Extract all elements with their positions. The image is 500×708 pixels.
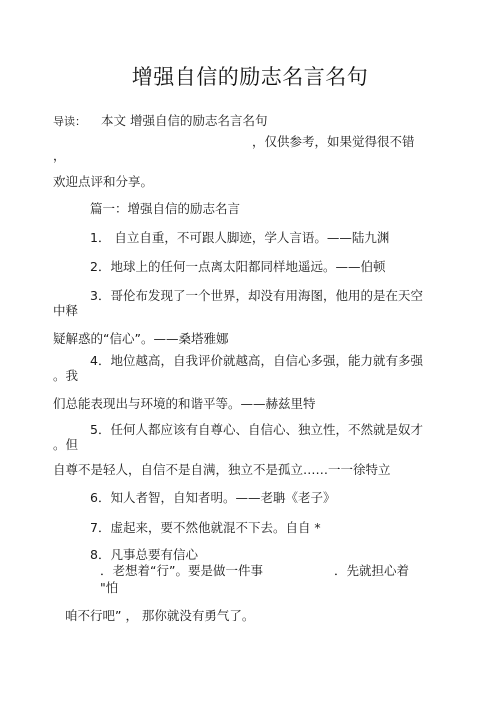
quote-8-line-4: 咱不行吧” ， 那你就没有勇气了。 — [65, 608, 254, 623]
quote-4-line-2: 。我 — [53, 368, 78, 383]
quote-5-line-1: 5．任何人都应该有自尊心、自信心、独立性，不然就是奴才 — [90, 422, 423, 437]
quote-4-line-3: 们总能表现出与环境的和谐平等。——赫兹里特 — [53, 396, 316, 411]
quote-3-line-3: 疑解惑的“信心”。——桑塔雅娜 — [53, 331, 228, 346]
quote-8-line-1: 8．凡事总要有信心 — [90, 547, 198, 562]
quote-3-line-2: 中释 — [53, 303, 78, 318]
intro-label: 导读： — [53, 114, 86, 129]
intro-line-3: ， — [53, 148, 66, 163]
quote-1: 1． 自立自重，不可跟人脚迹，学人言语。——陆九渊 — [90, 230, 389, 245]
document-title: 增强自信的励志名言名句 — [0, 64, 500, 90]
section-heading: 篇一：增强自信的励志名言 — [90, 201, 240, 216]
intro-line-2: ，仅供参考，如果觉得很不错 — [252, 134, 415, 149]
quote-8-line-2b: ．先就担心着 — [334, 563, 409, 578]
intro-line-1: 本文 增强自信的励志名言名句 — [101, 113, 267, 128]
quote-3-line-1: 3．哥伦布发现了一个世界，却没有用海图，他用的是在天空 — [90, 288, 423, 303]
quote-4-line-1: 4．地位越高，自我评价就越高，自信心多强，能力就有多强 — [90, 353, 423, 368]
quote-5-line-3: 自尊不是轻人，自信不是自满，独立不是孤立……一一徐特立 — [53, 462, 391, 477]
quote-7: 7．虚起来，要不然他就混不下去。自自 * — [90, 520, 321, 535]
quote-8-line-3: "怕 — [100, 580, 118, 595]
quote-5-line-2: 。但 — [53, 437, 78, 452]
quote-2: 2．地球上的任何一点离太阳都同样地遥远。——伯顿 — [90, 259, 385, 274]
intro-line-4: 欢迎点评和分享。 — [53, 174, 153, 189]
quote-6: 6．知人者智，自知者明。——老聃《老子》 — [90, 490, 335, 505]
quote-8-line-2a: ．老想着“行”。要是做一件事 — [100, 563, 263, 578]
